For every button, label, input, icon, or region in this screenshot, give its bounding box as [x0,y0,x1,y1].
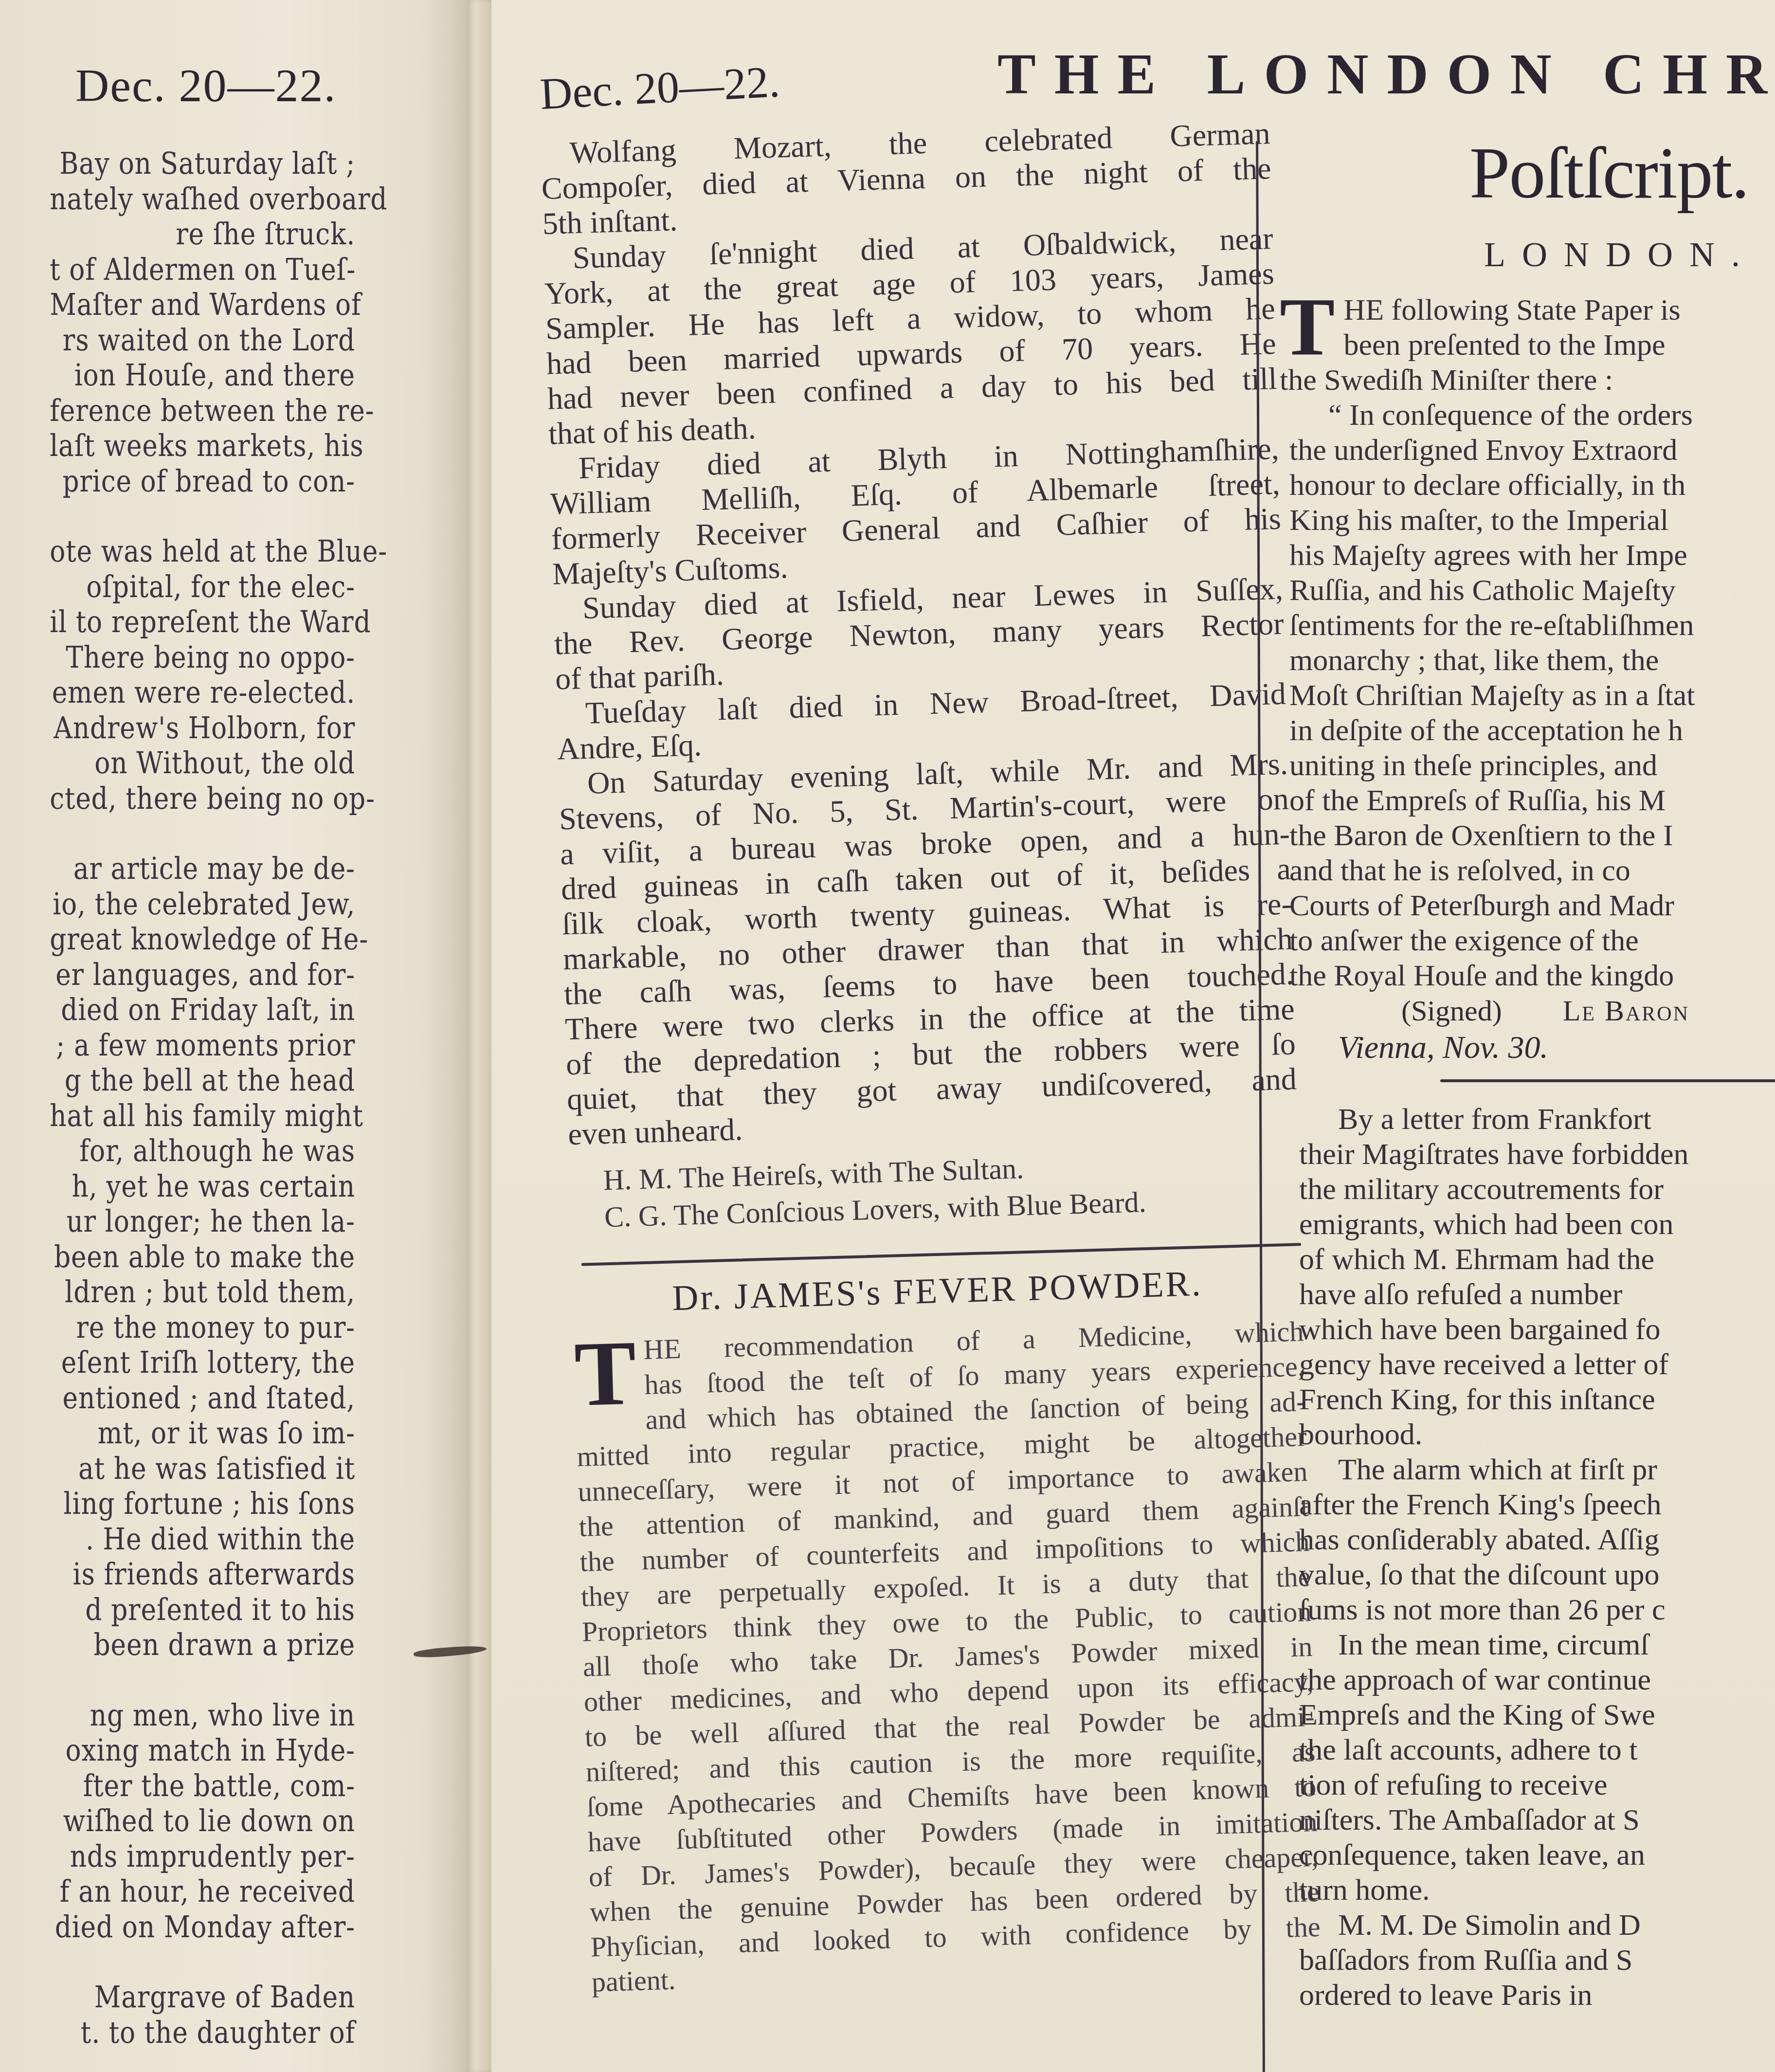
text-line: ſums is not more than 26 per c [1299,1592,1775,1627]
text-line: his Majeſty agrees with her Impe [1289,538,1775,573]
page-gutter-fold [467,0,491,2072]
text-line: Moſt Chriſtian Majeſty as in a ſtat [1289,678,1775,713]
text-line: h, yet he was certain [50,1169,355,1204]
text-line: ference between the re- [50,393,355,429]
text-line: d preſented it to his [50,1592,355,1628]
text-line: rs waited on the Lord [50,323,355,358]
text-line: entioned ; and ſtated, [50,1381,355,1416]
text-line: laſt weeks markets, his [50,428,355,464]
text-line: been preſented to the Impe [1280,327,1775,363]
text-line: after the French King's ſpeech [1299,1487,1775,1522]
text-line: on Without, the old [50,745,355,781]
text-line: died on Friday laſt, in [50,992,355,1028]
text-line: ote was held at the Blue- [50,534,355,569]
advertisement-drop-cap: T [574,1336,637,1411]
text-line: io, the celebrated Jew, [50,887,355,922]
text-line: is friends afterwards [50,1557,355,1592]
text-line: turn home. [1299,1872,1775,1908]
text-line: f an hour, he received [50,1874,355,1909]
section-divider-rule-right [1440,1079,1775,1082]
text-line: mt, or it was ſo im- [50,1416,355,1451]
text-line: tion of refuſing to receive [1299,1767,1775,1802]
paragraph-gap [0,1663,355,1698]
text-line: King his maſter, to the Imperial [1289,503,1775,538]
news-item: On Saturday evening laſt, while Mr. and … [558,746,1298,1152]
news-item: In the mean time, circumſthe approach of… [1299,1627,1775,1908]
text-line: re the money to pur- [50,1310,355,1345]
news-item: Friday died at Blyth in Nottinghamſhire,… [549,431,1282,592]
text-line: il to repreſent the Ward [50,604,355,640]
text-line: M. M. De Simolin and D [1299,1908,1775,1943]
text-line: great knowledge of He- [50,922,355,957]
state-paper-drop-cap: T [1280,292,1335,361]
text-line: at he was ſatisfied it [50,1451,355,1487]
news-item: Sunday ſe'nnight died at Oſbaldwick, nea… [543,221,1278,452]
text-line: French King, for this inſtance [1299,1382,1775,1417]
text-line: ion Houſe, and there [50,358,355,393]
text-line: Ruſſia, and his Catholic Majeſty [1289,573,1775,608]
postscript-column: Poſtſcript. LONDON. T HE following State… [1280,131,1775,2072]
advertisement-title: Dr. JAMES's FEVER POWDER. [572,1260,1303,1322]
text-line: ar article may be de- [50,851,355,887]
text-line: ſentiments for the re-eſtabliſhmen [1289,608,1775,643]
news-item: The alarm which at firſt prafter the Fre… [1299,1452,1775,1627]
text-line: the Royal Houſe and the kingdo [1289,958,1775,993]
text-line: and that he is reſolved, in co [1289,853,1775,888]
text-line: been drawn a prize [50,1627,355,1663]
text-line: bourhood. [1299,1417,1775,1452]
theatre-listings: H. M. The Heireſs, with The Sultan.C. G.… [569,1142,1301,1236]
text-line: for, although he was [50,1133,355,1169]
center-column: Wolfang Mozart, the celebrated GermanCom… [540,116,1322,1999]
text-line: honour to declare officially, in th [1289,468,1775,503]
left-page: Dec. 20—22. Bay on Saturday laſt ;nately… [0,0,467,2072]
london-dateline: LONDON. [1280,235,1775,275]
text-line: of the Empreſs of Ruſſia, his M [1289,783,1775,818]
text-line: the approach of war continue [1299,1662,1775,1697]
text-line: value, ſo that the diſcount upo [1299,1557,1775,1592]
news-items: Wolfang Mozart, the celebrated GermanCom… [540,116,1298,1152]
text-line: died on Monday after- [50,1909,355,1945]
text-line: has conſiderably abated. Aſſig [1299,1522,1775,1557]
paragraph-gap [0,1945,355,1980]
place-and-date: Vienna, Nov. 30. [1280,1028,1775,1067]
text-line: ldren ; but told them, [50,1274,355,1310]
text-line: of which M. Ehrmam had the [1299,1242,1775,1277]
text-line: baſſadors from Ruſſia and S [1299,1943,1775,1978]
text-line: ling fortune ; his ſons [50,1486,355,1522]
text-line: HE following State Paper is [1280,292,1775,327]
text-line: Maſter and Wardens of [50,287,355,323]
newspaper-masthead: THE LONDON CHRO [997,41,1775,108]
text-line: Margrave of Baden [50,1980,355,2015]
text-line: g the bell at the head [50,1063,355,1098]
news-item: Sunday died at Isfield, near Lewes in Su… [553,571,1285,697]
text-line: hat all his family might [50,1098,355,1134]
text-line: Andrew's Holborn, for [50,710,355,746]
news-item: M. M. De Simolin and Dbaſſadors from Ruſ… [1299,1908,1775,2013]
text-line: fter the battle, com- [50,1768,355,1804]
text-line: There being no oppo- [50,640,355,675]
text-line: the Baron de Oxenſtiern to the I [1289,818,1775,853]
paragraph-gap [0,499,355,534]
text-line: By a letter from Frankfort [1299,1102,1775,1137]
text-line: uniting in theſe principles, and [1289,748,1775,783]
text-line: their Magiſtrates have forbidden [1299,1137,1775,1172]
text-line: Bay on Saturday laſt ; [50,146,355,182]
text-line: eſent Iriſh lottery, the [50,1345,355,1381]
main-page-date-header: Dec. 20—22. [539,55,781,120]
text-line: Empreſs and the King of Swe [1299,1697,1775,1732]
text-line: the Swediſh Miniſter there : [1280,363,1775,398]
signatory-name: Le Baron [1563,995,1689,1027]
text-line: . He died within the [50,1522,355,1557]
text-line: “ In conſequence of the orders [1289,398,1775,433]
text-line: which have been bargained fo [1299,1312,1775,1347]
state-paper: T HE following State Paper isbeen preſen… [1280,292,1775,993]
text-line: conſequence, taken leave, an [1299,1837,1775,1872]
text-line: the military accoutrements for [1299,1172,1775,1207]
text-line: emen were re-elected. [50,675,355,710]
section-divider-rule [581,1243,1302,1266]
text-line: ordered to leave Paris in [1299,1978,1775,2013]
text-line: ur longer; he then la- [50,1204,355,1239]
text-line: t of Aldermen on Tueſ- [50,252,355,288]
news-item: Wolfang Mozart, the celebrated GermanCom… [540,116,1272,241]
postscript-title: Poſtſcript. [1280,131,1775,215]
text-line: price of bread to con- [50,464,355,499]
text-line: oxing match in Hyde- [50,1733,355,1768]
text-line: gency have received a letter of [1299,1347,1775,1382]
left-page-text-column: Bay on Saturday laſt ;nately waſhed over… [0,146,355,2050]
text-line: The alarm which at firſt pr [1299,1452,1775,1487]
postscript-paragraphs: By a letter from Frankforttheir Magiſtra… [1280,1102,1775,2013]
text-line: re ſhe ſtruck. [50,217,355,252]
text-line: been able to make the [50,1239,355,1275]
text-line: ; a few moments prior [50,1028,355,1063]
left-page-date-header: Dec. 20—22. [75,58,337,112]
main-page: Dec. 20—22. THE LONDON CHRO Wolfang Moza… [491,0,1775,2072]
text-line: in deſpite of the acceptation he h [1289,713,1775,748]
text-line: t. to the daughter of [50,2015,355,2051]
paragraph-gap [0,816,355,851]
text-line: ng men, who live in [50,1698,355,1733]
text-line: emigrants, which had been con [1299,1207,1775,1242]
text-line: the underſigned Envoy Extraord [1289,433,1775,468]
text-line: nds imprudently per- [50,1839,355,1874]
news-item: By a letter from Frankforttheir Magiſtra… [1299,1102,1775,1452]
text-line: er languages, and for- [50,957,355,993]
signed-label: (Signed) [1401,995,1502,1027]
text-line: In the mean time, circumſ [1299,1627,1775,1662]
text-line: nately waſhed overboard [50,182,355,217]
text-line: the laſt accounts, adhere to t [1299,1732,1775,1767]
text-line: Courts of Peterſburgh and Madr [1289,888,1775,923]
text-line: niſters. The Ambaſſador at S [1299,1802,1775,1837]
text-line: have alſo refuſed a number [1299,1277,1775,1312]
text-line: wiſhed to lie down on [50,1803,355,1839]
advertisement-body: T HE recommendation of a Medicine, which… [574,1314,1322,1999]
text-line: monarchy ; that, like them, the [1289,643,1775,678]
text-line: to anſwer the exigence of the [1289,923,1775,958]
text-line: cted, there being no op- [50,781,355,817]
signature-line: (Signed) Le Baron [1280,993,1775,1028]
text-line: oſpital, for the elec- [50,569,355,605]
